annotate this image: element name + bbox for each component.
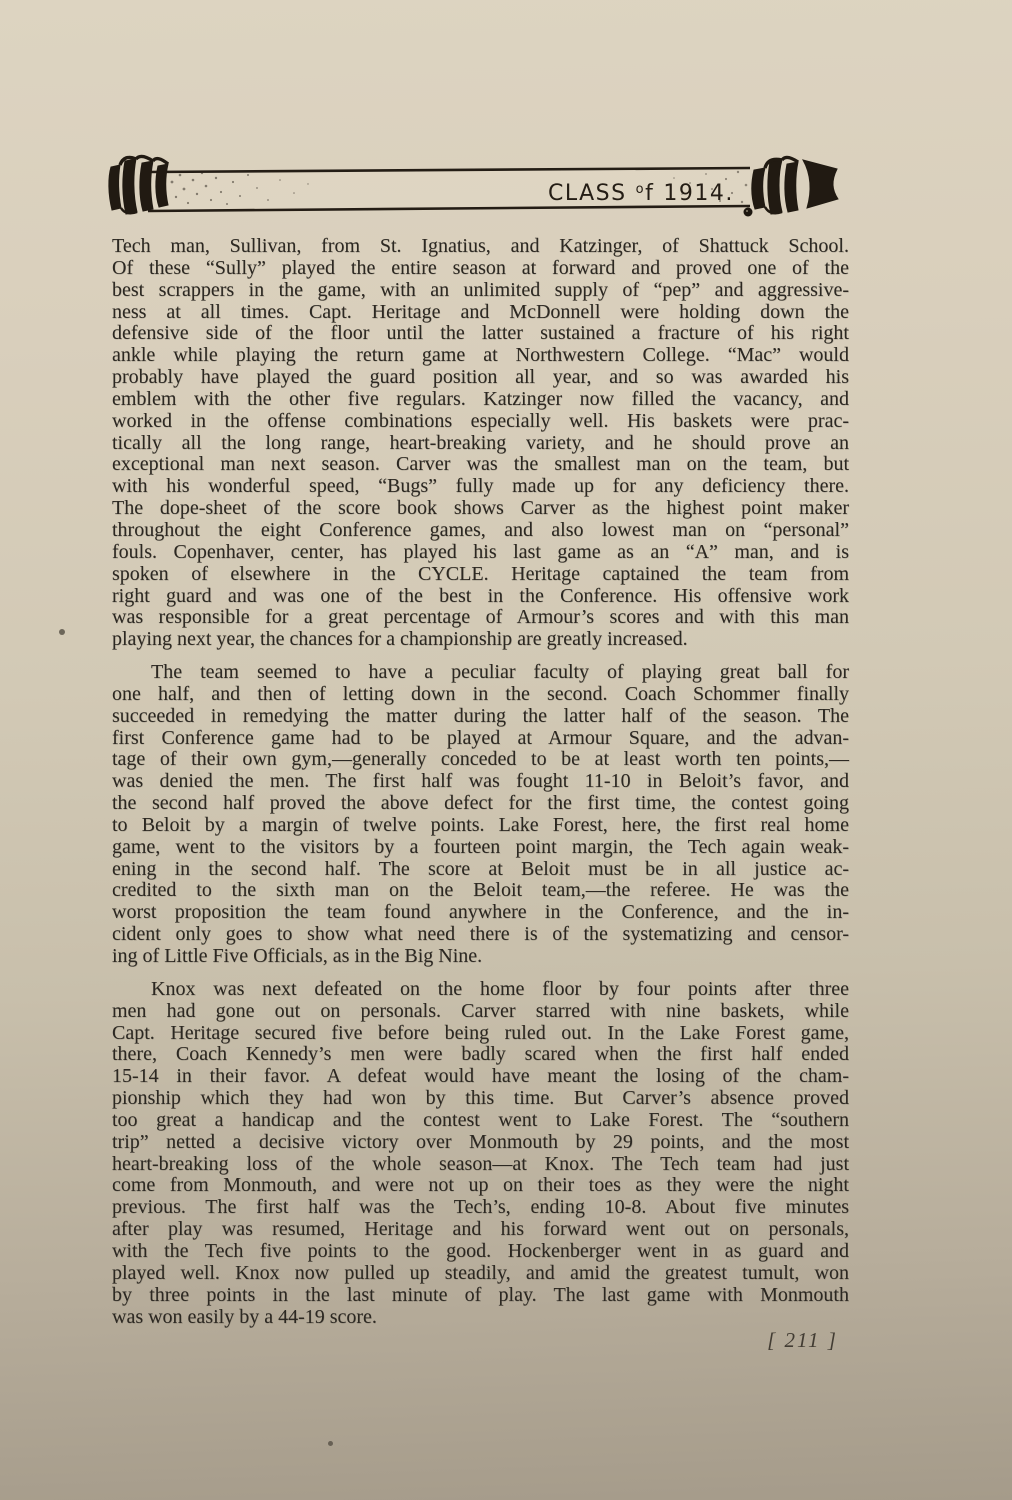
text-line: come from Monmouth, and were not up on t… [112,1175,849,1197]
text-line: trip” netted a decisive victory over Mon… [112,1132,849,1154]
text-line: one half, and then of letting down in th… [112,684,849,706]
class-banner: CLASSof1914. [108,152,853,232]
text-line: by three points in the last minute of pl… [112,1285,849,1307]
page-number: [ 211 ] [745,1328,860,1353]
text-line: ankle while playing the return game at N… [112,345,849,367]
text-line: 15-14 in their favor. A defeat would hav… [112,1066,849,1088]
text-line: with his wonderful speed, “Bugs” fully m… [112,476,849,498]
text-line: after play was resumed, Heritage and his… [112,1219,849,1241]
text-line: men had gone out on personals. Carver st… [112,1001,849,1023]
text-line: first Conference game had to be played a… [112,728,849,750]
text-line: tage of their own gym,—generally concede… [112,749,849,771]
text-line: there, Coach Kennedy’s men were badly sc… [112,1044,849,1066]
text-line: exceptional man next season. Carver was … [112,454,849,476]
text-line: ness at all times. Capt. Heritage and Mc… [112,302,849,324]
text-line: throughout the eight Conference games, a… [112,520,849,542]
text-line: succeeded in remedying the matter during… [112,706,849,728]
text-line: right guard and was one of the best in t… [112,586,849,608]
text-line: game, went to the visitors by a fourteen… [112,837,849,859]
paper-speck [328,1441,333,1446]
text-line: playing next year, the chances for a cha… [112,629,849,651]
text-line: fouls. Copenhaver, center, has played hi… [112,542,849,564]
text-line: Capt. Heritage secured five before being… [112,1023,849,1045]
text-line: cident only goes to show what need there… [112,924,849,946]
text-line: probably have played the guard position … [112,367,849,389]
ink-dot-highlight [746,210,748,212]
text-line: heart-breaking loss of the whole season—… [112,1154,849,1176]
paragraph-2: The team seemed to have a peculiar facul… [112,662,849,968]
ribbon-band [148,168,750,211]
text-line: was won easily by a 44-19 score. [112,1307,849,1329]
text-line: pionship which they had won by this time… [112,1088,849,1110]
text-line: ening in the second half. The score at B… [112,859,849,881]
text-line: credited to the sixth man on the Beloit … [112,880,849,902]
scanned-yearbook-page: CLASSof1914. Tech man, Sullivan, from St… [0,0,1012,1500]
banner-word-class: CLASS [548,181,627,206]
text-line: defensive side of the floor until the la… [112,323,849,345]
ink-dot-icon [744,208,753,217]
banner-word-of-o: o [636,182,645,197]
text-line: to Beloit by a margin of twelve points. … [112,815,849,837]
text-line: Knox was next defeated on the home floor… [112,979,849,1001]
text-line: tically all the long range, heart-breaki… [112,433,849,455]
text-line: ing of Little Five Officials, as in the … [112,946,849,968]
paper-speck [59,629,65,635]
scroll-left-icon [109,156,168,214]
text-line: too great a handicap and the contest wen… [112,1110,849,1132]
text-line: Tech man, Sullivan, from St. Ignatius, a… [112,236,849,258]
banner-year: 1914. [663,181,733,206]
text-line: best scrappers in the game, with an unli… [112,280,849,302]
text-line: worst proposition the team found anywher… [112,902,849,924]
text-line: with the Tech five points to the good. H… [112,1241,849,1263]
scroll-right-icon [752,157,838,214]
text-line: The dope-sheet of the score book shows C… [112,498,849,520]
article-text: Tech man, Sullivan, from St. Ignatius, a… [112,236,849,1339]
banner-word-of-f: f [645,181,654,206]
text-line: the second half proved the above defect … [112,793,849,815]
text-line: Of these “Sully” played the entire seaso… [112,258,849,280]
text-line: emblem with the other five regulars. Kat… [112,389,849,411]
paragraph-1: Tech man, Sullivan, from St. Ignatius, a… [112,236,849,651]
text-line: played well. Knox now pulled up steadily… [112,1263,849,1285]
text-line: The team seemed to have a peculiar facul… [112,662,849,684]
text-line: previous. The first half was the Tech’s,… [112,1197,849,1219]
paragraph-3: Knox was next defeated on the home floor… [112,979,849,1329]
text-line: spoken of elsewhere in the CYCLE. Herita… [112,564,849,586]
text-line: was responsible for a great percentage o… [112,607,849,629]
text-line: was denied the men. The first half was f… [112,771,849,793]
text-line: worked in the offense combinations espec… [112,411,849,433]
